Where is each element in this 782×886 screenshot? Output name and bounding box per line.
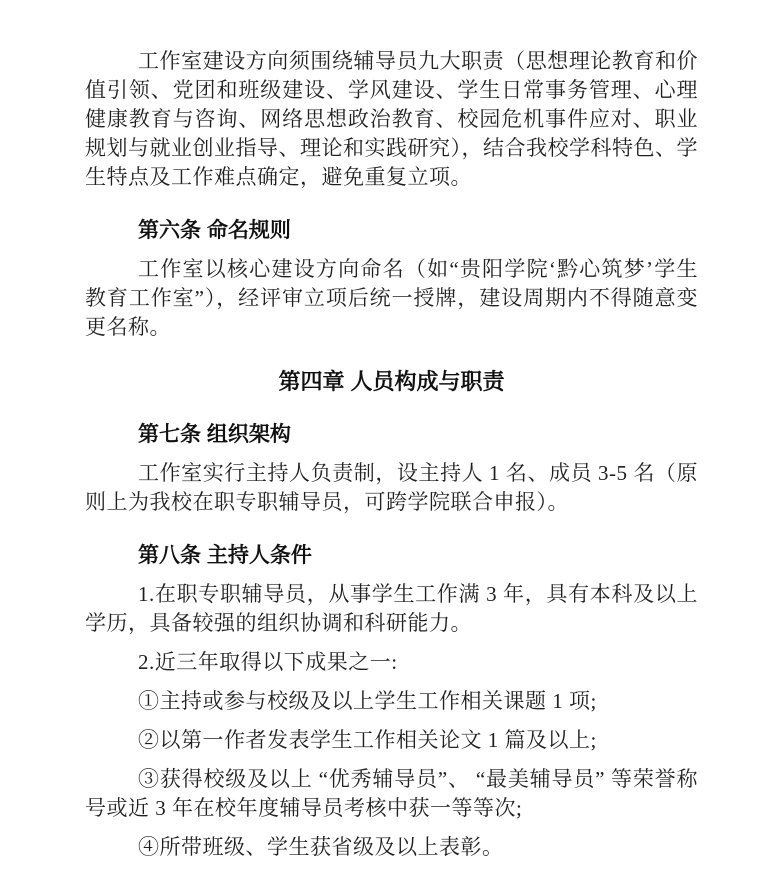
document-page: 工作室建设方向须围绕辅导员九大职责（思想理论教育和价值引领、党团和班级建设、学风…: [0, 0, 782, 886]
list-item-achievement-3: ③获得校级及以上 “优秀辅导员”、 “最美辅导员” 等荣誉称号或近 3 年在校年…: [85, 765, 698, 823]
body-paragraph-organization-structure: 工作室实行主持人负责制，设主持人 1 名、成员 3-5 名（原则上为我校在职专职…: [85, 459, 698, 517]
body-paragraph-workshop-direction: 工作室建设方向须围绕辅导员九大职责（思想理论教育和价值引领、党团和班级建设、学风…: [85, 47, 698, 192]
list-item-achievement-4: ④所带班级、学生获省级及以上表彰。: [85, 833, 698, 862]
list-item-achievement-1: ①主持或参与校级及以上学生工作相关课题 1 项;: [85, 687, 698, 716]
body-paragraph-condition-1: 1.在职专职辅导员，从事学生工作满 3 年，具有本科及以上学历，具备较强的组织协…: [85, 580, 698, 638]
section-heading-article-8-host-conditions: 第八条 主持人条件: [85, 541, 698, 570]
chapter-heading-chapter-4: 第四章 人员构成与职责: [85, 367, 698, 396]
section-heading-article-6-naming-rules: 第六条 命名规则: [85, 216, 698, 245]
body-paragraph-condition-2: 2.近三年取得以下成果之一:: [85, 648, 698, 677]
section-heading-article-7-structure: 第七条 组织架构: [85, 420, 698, 449]
list-item-achievement-2: ②以第一作者发表学生工作相关论文 1 篇及以上;: [85, 726, 698, 755]
body-paragraph-naming-rule: 工作室以核心建设方向命名（如“贵阳学院‘黔心筑梦’学生教育工作室”），经评审立项…: [85, 255, 698, 342]
